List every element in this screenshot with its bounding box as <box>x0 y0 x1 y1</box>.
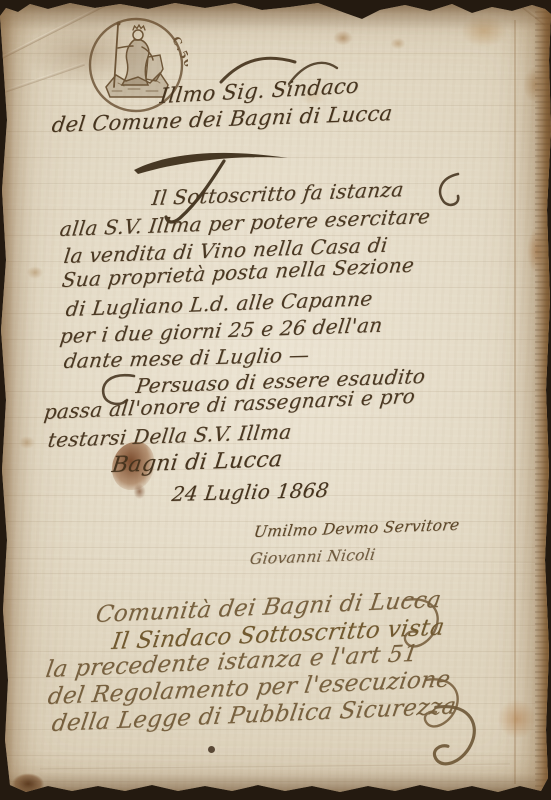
vignette <box>0 0 551 800</box>
paper-sheet: C.50 Illmo Sig. Sindaco del Comune dei B… <box>0 0 551 800</box>
document-photo: C.50 Illmo Sig. Sindaco del Comune dei B… <box>0 0 551 800</box>
